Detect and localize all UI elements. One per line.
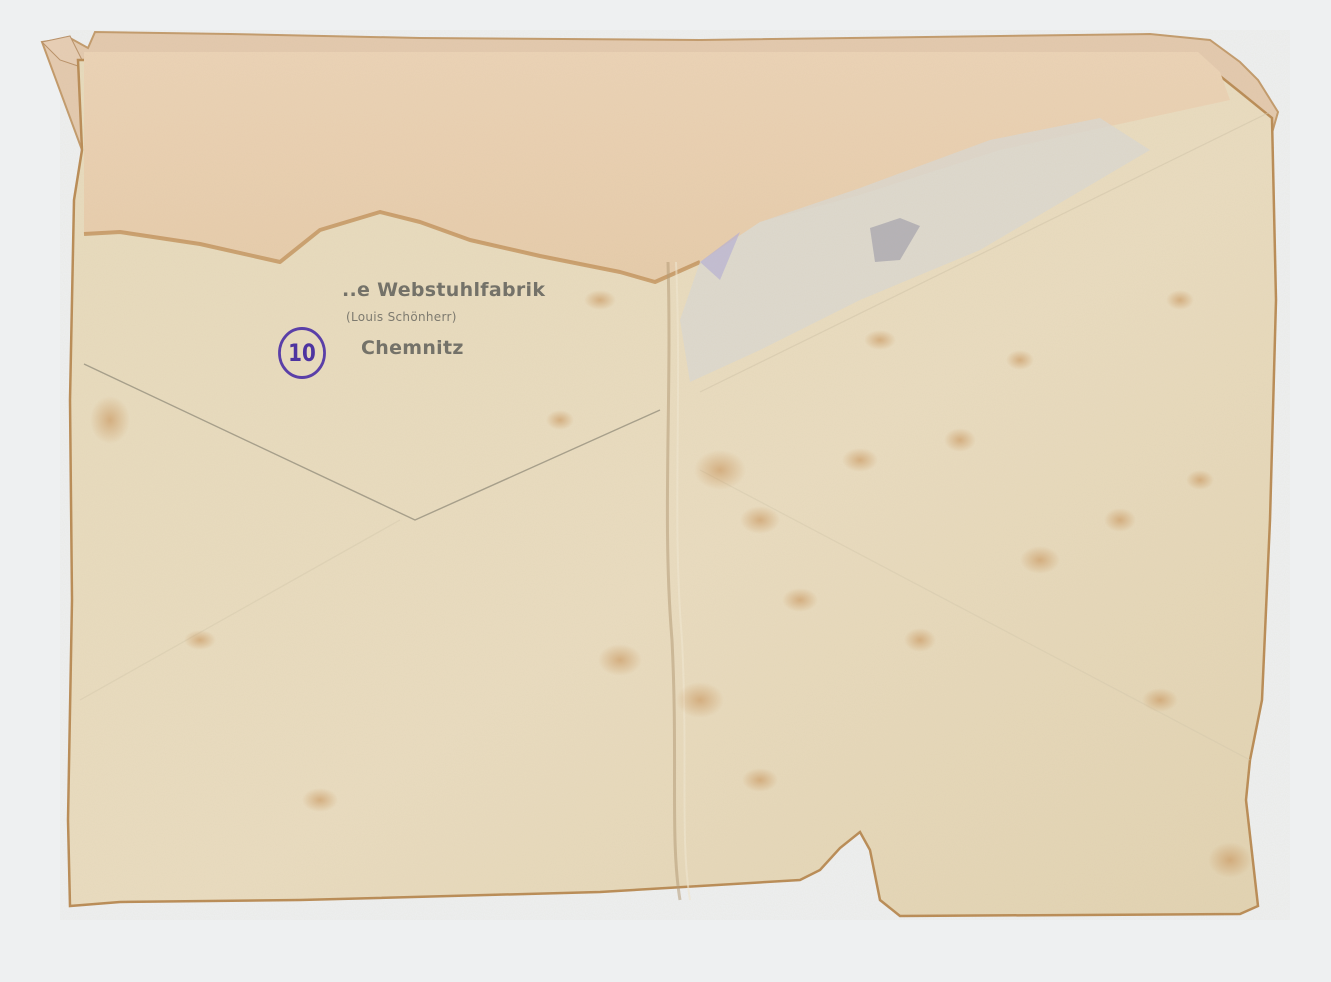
paper-grain: [60, 30, 1290, 920]
sender-company-stamp: ..e Webstuhlfabrik: [342, 279, 545, 301]
sender-owner-stamp: (Louis Schönherr): [346, 310, 457, 324]
envelope-scene: [0, 0, 1331, 982]
sender-city-stamp: Chemnitz: [361, 337, 464, 359]
censor-number-mark: 10: [278, 327, 326, 379]
